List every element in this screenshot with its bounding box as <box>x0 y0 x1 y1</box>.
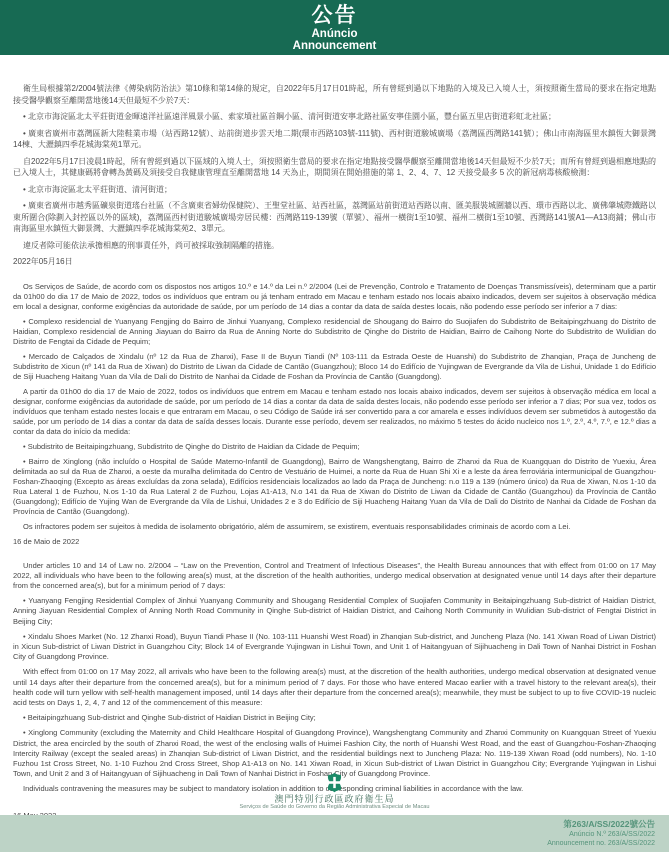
header-banner: 公告 Anúncio Announcement <box>0 0 669 55</box>
org-name-portuguese: Serviços de Saúde do Governo da Região A… <box>0 804 669 811</box>
bullet-item: • Complexo residencial de Yuanyang Fengj… <box>13 317 656 347</box>
section-zh: 衛生局根據第2/2004號法律《傳染病防治法》第10條和第14條的規定，自202… <box>13 83 656 268</box>
footer-signature: 澳門特別行政區政府衛生局 Serviços de Saúde do Govern… <box>0 772 669 815</box>
announcement-page: 公告 Anúncio Announcement 衛生局根據第2/2004號法律《… <box>0 0 669 852</box>
bullet-item: • Subdistrito de Beitaipingzhuang, Subdi… <box>13 442 656 452</box>
bullet-item: • 廣東省廣州市越秀區礦泉街道瑤台社區（不含廣東省婦幼保健院）、王聖堂社區、站西… <box>13 200 656 235</box>
bullet-item: • 北京市海淀區北太平莊街道金暉遠洋社區遠洋風景小區、索家墳社區首鋼小區、清河街… <box>13 111 656 123</box>
title-chinese: 公告 <box>0 5 669 27</box>
date-line: 16 de Maio de 2022 <box>13 537 656 547</box>
section-pt: Os Serviços de Saúde, de acordo com os d… <box>13 282 656 547</box>
paragraph: 自2022年5月17日凌晨1時起，所有曾經到過以下區域的入境人士，須按照衛生當局… <box>13 156 656 179</box>
bullet-item: • Mercado de Calçados de Xindalu (nº 12 … <box>13 352 656 382</box>
paragraph: With effect from 01:00 on 17 May 2022, a… <box>13 667 656 708</box>
bullet-item: • Yuanyang Fengjing Residential Complex … <box>13 596 656 627</box>
title-english: Announcement <box>0 40 669 53</box>
paragraph: Under articles 10 and 14 of Law no. 2/20… <box>13 561 656 592</box>
bullet-item: • 北京市海淀區北太平莊街道、清河街道； <box>13 184 656 196</box>
bullet-item: • Xindalu Shoes Market (No. 12 Zhanxi Ro… <box>13 632 656 663</box>
bullet-item: • Beitaipingzhuang Sub-district and Qing… <box>13 713 656 723</box>
paragraph: A partir da 01h00 do dia 17 de Maio de 2… <box>13 387 656 437</box>
bullet-item: • Bairro de Xinglong (não incluído o Hos… <box>13 457 656 517</box>
paragraph: Os infractores podem ser sujeitos à medi… <box>13 522 656 532</box>
health-bureau-logo-icon <box>324 772 345 793</box>
org-name-chinese: 澳門特別行政區政府衛生局 <box>0 794 669 804</box>
paragraph: 衛生局根據第2/2004號法律《傳染病防治法》第10條和第14條的規定，自202… <box>13 83 656 106</box>
reference-number-english: Announcement no. 263/A/SS/2022 <box>0 839 655 848</box>
reference-number-portuguese: Anúncio N.º 263/A/SS/2022 <box>0 830 655 839</box>
paragraph: Os Serviços de Saúde, de acordo com os d… <box>13 282 656 312</box>
reference-number-chinese: 第263/A/SS/2022號公告 <box>0 819 655 830</box>
date-line: 2022年05月16日 <box>13 256 656 268</box>
paragraph: 違反者除可能依法承擔相應的刑事責任外，尚可被採取強制隔離的措施。 <box>13 240 656 252</box>
reference-number-bar: 第263/A/SS/2022號公告 Anúncio N.º 263/A/SS/2… <box>0 815 669 852</box>
title-portuguese: Anúncio <box>0 28 669 40</box>
bullet-item: • 廣東省廣州市荔灣區新大陸鞋業市場（站西路12號）、站前街道步雲天地二期(環市… <box>13 128 656 151</box>
announcement-body: 衛生局根據第2/2004號法律《傳染病防治法》第10條和第14條的規定，自202… <box>0 55 669 821</box>
